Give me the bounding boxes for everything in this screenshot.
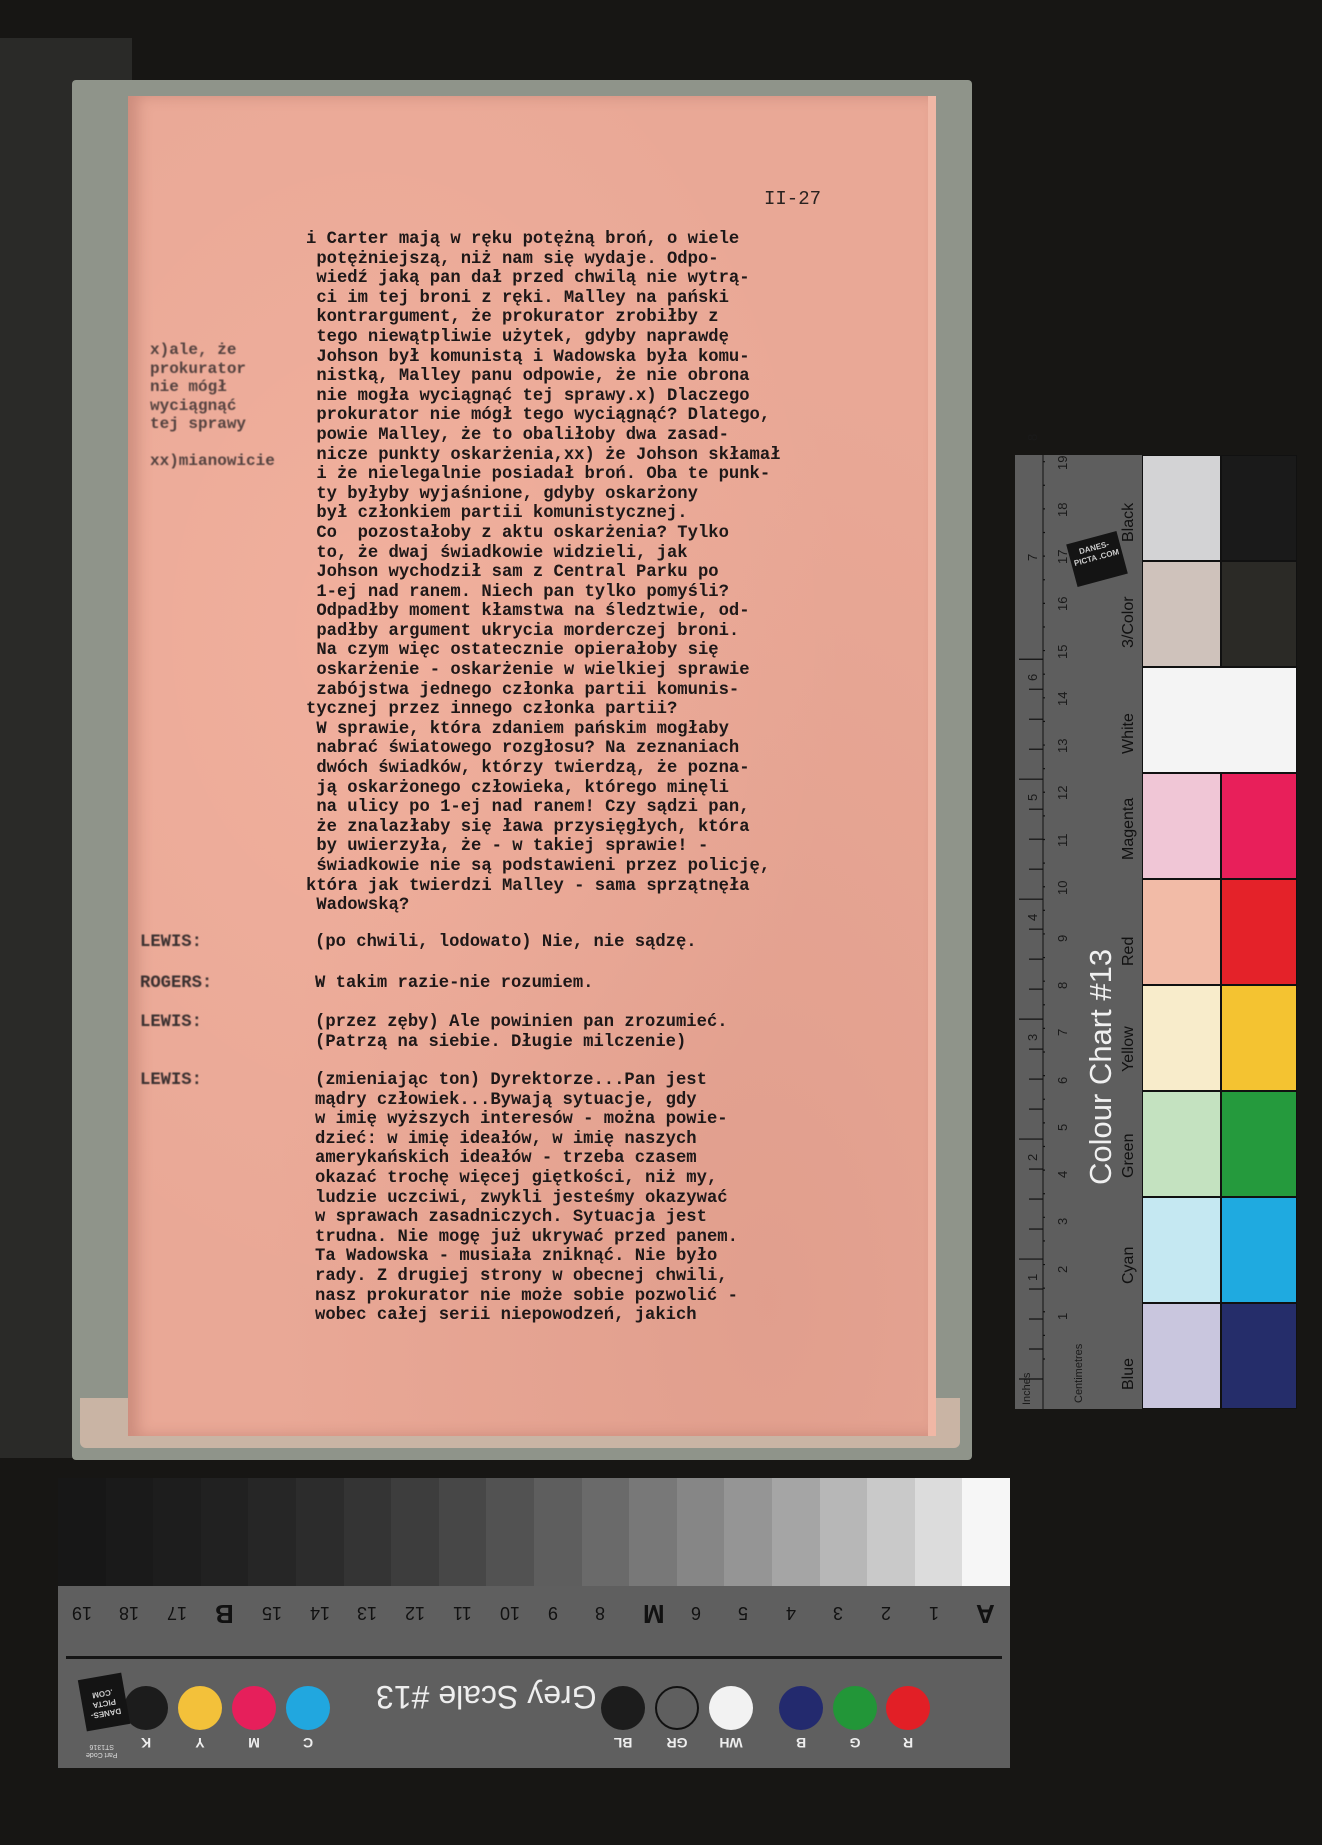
main-body-text: i Carter mają w ręku potężną broń, o wie… — [306, 230, 866, 916]
colour-dot — [779, 1686, 823, 1730]
grey-step-label: 8 — [595, 1602, 605, 1623]
grey-step — [820, 1478, 868, 1586]
grey-step-label: 15 — [262, 1602, 282, 1623]
grey-steps — [58, 1478, 1010, 1586]
cm-tick-label: 18 — [1055, 502, 1070, 516]
cm-tick-label: 8 — [1055, 982, 1070, 989]
swatch-label: Red — [1120, 937, 1138, 966]
text-line: zabójstwa jednego członka partii komunis… — [306, 681, 866, 701]
grey-step-label: 2 — [881, 1602, 891, 1623]
cm-tick-label: 10 — [1055, 880, 1070, 894]
grey-step — [915, 1478, 963, 1586]
text-line: prokurator nie mógł tego wyciągnąć? Dlat… — [306, 406, 866, 426]
margin-note-line: tej sprawy — [150, 415, 290, 434]
colour-swatch-dark — [1221, 1197, 1297, 1303]
margin-note-line: x)ale, że — [150, 341, 290, 360]
colour-dot — [601, 1686, 645, 1730]
margin-footnote: x)ale, żeprokuratornie mógłwyciągnąćtej … — [150, 341, 290, 471]
text-line: nistką, Malley panu odpowie, że nie obro… — [306, 367, 866, 387]
divider-line — [66, 1656, 1002, 1659]
text-line: tycznej przez innego członka partii? — [306, 700, 866, 720]
colour-swatch-dark — [1221, 455, 1297, 561]
grey-scale-title: Grey Scale #13 — [376, 1678, 597, 1715]
colour-swatch-light — [1142, 985, 1221, 1091]
inch-tick-label: 6 — [1025, 674, 1040, 681]
cm-tick-label: 2 — [1055, 1265, 1070, 1272]
text-line: był członkiem partii komunistycznej. — [306, 504, 866, 524]
ruler-ticks — [1015, 455, 1045, 1409]
colour-dot — [833, 1686, 877, 1730]
colour-swatch-light — [1142, 561, 1221, 667]
grey-step-label: B — [215, 1598, 234, 1629]
inch-tick-label: 3 — [1025, 1034, 1040, 1041]
cm-tick-label: 6 — [1055, 1076, 1070, 1083]
margin-note-line: nie mógł — [150, 378, 290, 397]
text-line: nicze punkty oskarżenia,xx) że Johson sk… — [306, 446, 866, 466]
grey-step-label: 18 — [119, 1602, 139, 1623]
colour-dot — [886, 1686, 930, 1730]
cm-tick-label: 7 — [1055, 1029, 1070, 1036]
text-line: która jak twierdzi Malley - sama sprzątn… — [306, 877, 866, 897]
colour-dot — [232, 1686, 276, 1730]
brand-logo: DANES-PICTA .COM — [1066, 531, 1128, 587]
grey-step — [867, 1478, 915, 1586]
margin-note-line: wyciągnąć — [150, 397, 290, 416]
swatch-label: Green — [1120, 1134, 1138, 1178]
speech-text: (po chwili, lodowato) Nie, nie sądzę. — [315, 933, 875, 953]
grey-step-label: 5 — [738, 1602, 748, 1623]
grey-step-label: 17 — [167, 1602, 187, 1623]
text-line: Johson wychodził sam z Central Parku po — [306, 563, 866, 583]
inch-tick-label: 5 — [1025, 794, 1040, 801]
grey-step — [201, 1478, 249, 1586]
cm-tick-label: 14 — [1055, 691, 1070, 705]
margin-note-line — [150, 434, 290, 453]
colour-dot — [286, 1686, 330, 1730]
colour-swatch-light — [1142, 1091, 1221, 1197]
grey-step-label: 12 — [405, 1602, 425, 1623]
text-line: to, że dwaj świadkowie widzieli, jak — [306, 544, 866, 564]
inch-tick-label: 1 — [1025, 1274, 1040, 1281]
swatch-label: Black — [1120, 503, 1138, 542]
units-cm-label: Centimetres — [1073, 1344, 1085, 1403]
brand-logo: DANES-PICTA .COM — [78, 1673, 130, 1732]
colour-swatch-dark — [1221, 879, 1297, 985]
text-line: ją oskarżonego człowieka, którego minęli — [306, 779, 866, 799]
colour-swatch-light — [1142, 455, 1221, 561]
page-number: II-27 — [764, 188, 821, 210]
text-line: nabrać światowego rozgłosu? Na zeznaniac… — [306, 739, 866, 759]
speaker-name: LEWIS: — [140, 1071, 310, 1091]
text-line: ci im tej broni z ręki. Malley na pański — [306, 289, 866, 309]
colour-dot-label: K — [124, 1735, 168, 1751]
colour-chart-title: Colour Chart #13 — [1083, 949, 1119, 1185]
text-line: powie Malley, że to obaliłoby dwa zasad- — [306, 426, 866, 446]
colour-swatch-light — [1142, 879, 1221, 985]
text-line: dwóch świadków, którzy twierdzą, że pozn… — [306, 759, 866, 779]
colour-swatch-light — [1142, 1197, 1221, 1303]
grey-step — [58, 1478, 106, 1586]
colour-swatch-dark — [1221, 985, 1297, 1091]
colour-dot — [124, 1686, 168, 1730]
units-inches-label: Inches — [1021, 1373, 1033, 1405]
inch-tick-label: 8 — [1025, 434, 1040, 441]
cm-tick-label: 11 — [1055, 834, 1070, 848]
swatch-label: Blue — [1120, 1358, 1138, 1390]
text-line: Wadowską? — [306, 896, 866, 916]
inch-tick-label: 7 — [1025, 554, 1040, 561]
swatch-label: Cyan — [1120, 1247, 1138, 1284]
grey-scale-chart: A123456M89101112131415B171819 Grey Scale… — [58, 1478, 1010, 1768]
speaker-name: LEWIS: — [140, 1013, 310, 1033]
speaker-name: ROGERS: — [140, 974, 310, 994]
grey-step — [439, 1478, 487, 1586]
grey-step — [391, 1478, 439, 1586]
cm-tick-label: 15 — [1055, 644, 1070, 658]
colour-swatch-dark — [1221, 561, 1297, 667]
cm-tick-label: 1 — [1055, 1313, 1070, 1320]
colour-dot-label: BL — [601, 1735, 645, 1751]
grey-step-label: 4 — [786, 1602, 796, 1623]
grey-step — [486, 1478, 534, 1586]
text-line: Co pozostałoby z aktu oskarżenia? Tylko — [306, 524, 866, 544]
colour-dot-label: GR — [655, 1735, 699, 1751]
grey-step — [582, 1478, 630, 1586]
text-line: Johson był komunistą i Wadowska była kom… — [306, 348, 866, 368]
colour-dot-label: WH — [709, 1735, 753, 1751]
colour-dot-label: M — [232, 1735, 276, 1751]
text-line: na ulicy po 1-ej nad ranem! Czy sądzi pa… — [306, 798, 866, 818]
grey-step — [534, 1478, 582, 1586]
cm-tick-label: 12 — [1055, 786, 1070, 800]
grey-step — [724, 1478, 772, 1586]
colour-dot — [709, 1686, 753, 1730]
colour-dot-label: B — [779, 1735, 823, 1751]
text-line: i że nielegalnie posiadał broń. Oba te p… — [306, 465, 866, 485]
text-line: że znalazłaby się ława przysięgłych, któ… — [306, 818, 866, 838]
colour-swatch-light — [1142, 773, 1221, 879]
grey-step — [962, 1478, 1010, 1586]
text-line: potężniejszą, niż nam się wydaje. Odpo- — [306, 250, 866, 270]
colour-swatch-dark — [1221, 1091, 1297, 1197]
text-line: wiedź jaką pan dał przed chwilą nie wytr… — [306, 269, 866, 289]
margin-note-line: prokurator — [150, 360, 290, 379]
text-line: ty byłyby wyjaśnione, gdyby oskarżony — [306, 485, 866, 505]
margin-note-line: xx)mianowicie — [150, 452, 290, 471]
colour-swatch — [1142, 667, 1297, 773]
speech-text: (zmieniając ton) Dyrektorze...Pan jest m… — [315, 1071, 875, 1326]
grey-step — [629, 1478, 677, 1586]
colour-dot — [178, 1686, 222, 1730]
text-line: Odpadłby moment kłamstwa na śledztwie, o… — [306, 602, 866, 622]
grey-step-label: M — [643, 1598, 665, 1629]
colour-dot-label: Y — [178, 1735, 222, 1751]
cm-tick-label: 9 — [1055, 935, 1070, 942]
text-line: 1-ej nad ranem. Niech pan tylko pomyśli? — [306, 583, 866, 603]
cm-tick-label: 19 — [1055, 455, 1070, 469]
grey-step-label: 11 — [453, 1602, 472, 1623]
text-line: by uwierzyła, że - w takiej sprawie! - — [306, 837, 866, 857]
text-line: nie mogła wyciągnąć tej sprawy.x) Dlacze… — [306, 387, 866, 407]
grey-step-label: 6 — [691, 1602, 701, 1623]
text-line: W sprawie, która zdaniem pańskim mogłaby — [306, 720, 866, 740]
swatch-label: Yellow — [1120, 1026, 1138, 1072]
text-line: Na czym więc ostatecznie opierałoby się — [306, 641, 866, 661]
colour-dot — [655, 1686, 699, 1730]
part-code: Part Code ST1316 — [86, 1742, 118, 1758]
speaker-name: LEWIS: — [140, 933, 310, 953]
text-line: i Carter mają w ręku potężną broń, o wie… — [306, 230, 866, 250]
cm-tick-label: 3 — [1055, 1218, 1070, 1225]
colour-dot-label: C — [286, 1735, 330, 1751]
text-line: oskarżenie - oskarżenie w wielkiej spraw… — [306, 661, 866, 681]
grey-step — [248, 1478, 296, 1586]
inch-tick-label: 4 — [1025, 914, 1040, 921]
swatch-label: Magenta — [1120, 798, 1138, 860]
grey-step-label: A — [976, 1598, 995, 1629]
grey-step-label: 1 — [929, 1602, 939, 1623]
colour-swatch-dark — [1221, 773, 1297, 879]
text-line: świadkowie nie są podstawieni przez poli… — [306, 857, 866, 877]
cm-tick-label: 13 — [1055, 739, 1070, 753]
text-line: kontrargument, że prokurator zrobiłby z — [306, 308, 866, 328]
colour-swatch-dark — [1221, 1303, 1297, 1409]
grey-step-label: 9 — [548, 1602, 558, 1623]
cm-tick-label: 5 — [1055, 1124, 1070, 1131]
grey-step — [344, 1478, 392, 1586]
grey-step — [106, 1478, 154, 1586]
grey-step — [677, 1478, 725, 1586]
grey-step — [153, 1478, 201, 1586]
grey-step — [296, 1478, 344, 1586]
cm-tick-label: 16 — [1055, 597, 1070, 611]
cm-tick-label: 4 — [1055, 1171, 1070, 1178]
colour-dot-label: G — [833, 1735, 877, 1751]
grey-step-label: 10 — [500, 1602, 520, 1623]
colour-chart: 1234567891011121314151617181912345678 In… — [1015, 455, 1297, 1409]
inch-tick-label: 2 — [1025, 1154, 1040, 1161]
swatch-label: 3/Color — [1120, 596, 1138, 648]
grey-step-label: 14 — [310, 1602, 330, 1623]
colour-dot-label: R — [886, 1735, 930, 1751]
speech-text: (przez zęby) Ale powinien pan zrozumieć.… — [315, 1013, 875, 1052]
grey-step-label: 3 — [833, 1602, 843, 1623]
grey-step-label: 19 — [72, 1602, 92, 1623]
grey-step-labels: A123456M89101112131415B171819 — [58, 1602, 1010, 1632]
grey-step — [772, 1478, 820, 1586]
grey-step-label: 13 — [357, 1602, 377, 1623]
text-line: padłby argument ukrycia morderczej broni… — [306, 622, 866, 642]
swatch-label: White — [1120, 713, 1138, 754]
text-line: tego niewątpliwie użytek, gdyby naprawdę — [306, 328, 866, 348]
speech-text: W takim razie-nie rozumiem. — [315, 974, 875, 994]
colour-swatch-light — [1142, 1303, 1221, 1409]
